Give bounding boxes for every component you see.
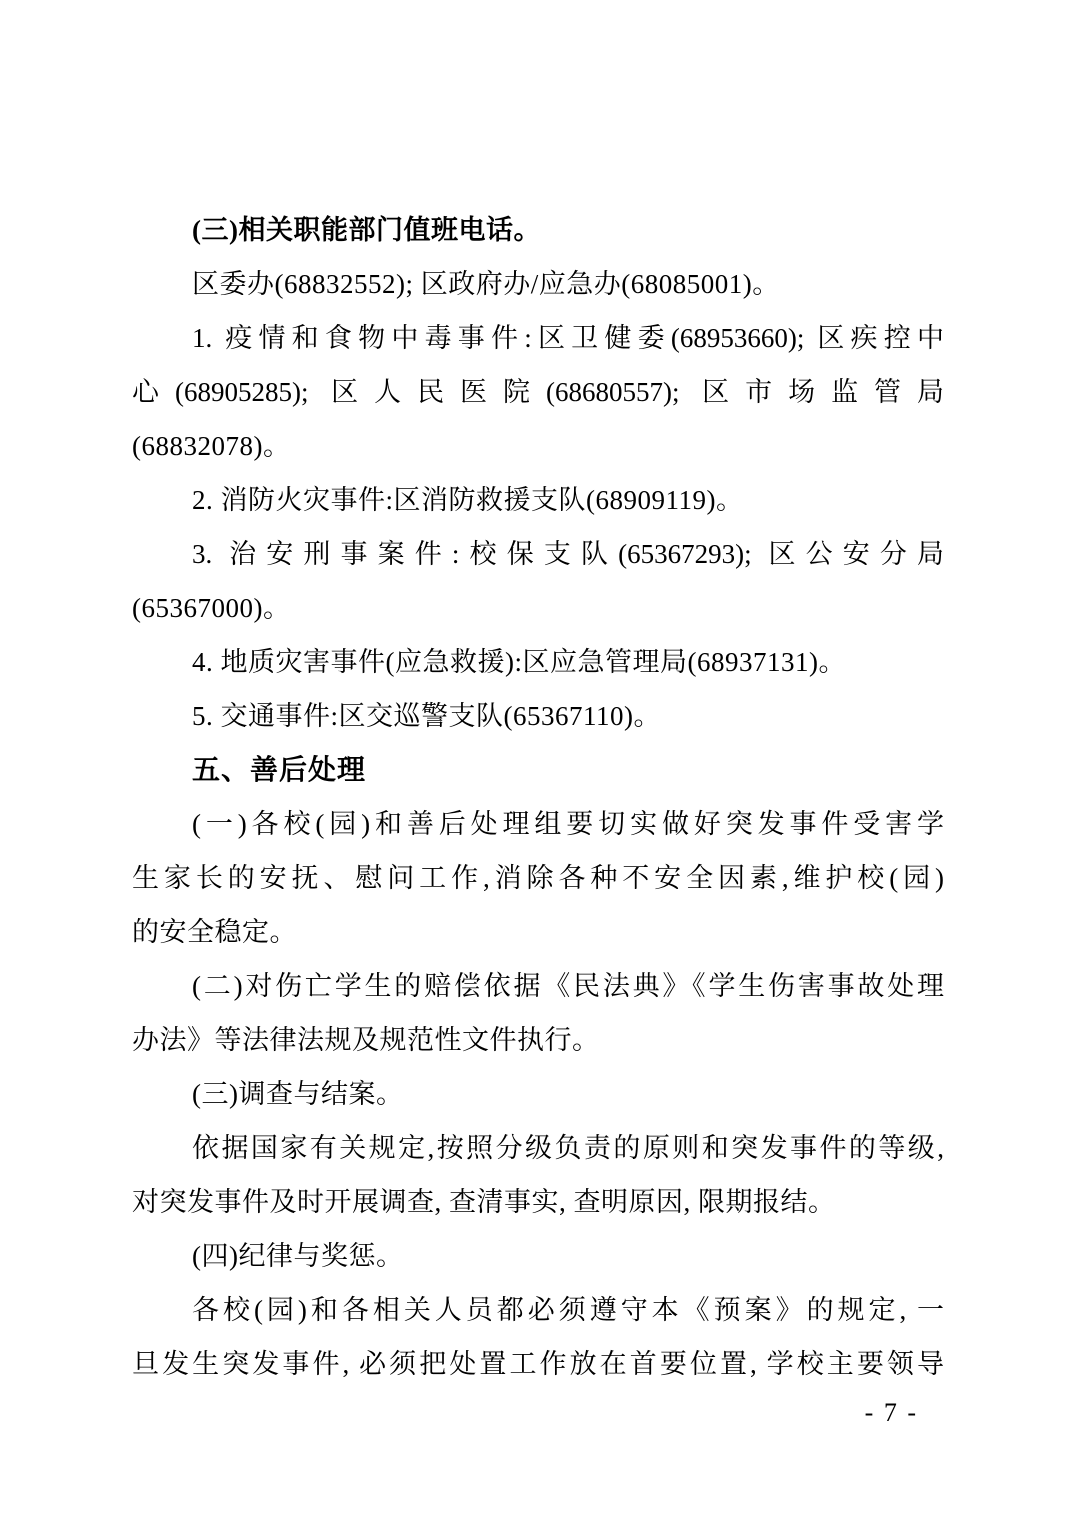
doc-line-epidemic-poisoning-3: (68832078)。	[132, 419, 944, 473]
doc-line-aftermath-item1-3: 的安全稳定。	[132, 905, 944, 959]
page-number: - 7 -	[865, 1396, 918, 1430]
document-body: (三)相关职能部门值班电话。 区委办(68832552); 区政府办/应急办(6…	[132, 203, 944, 1391]
doc-line-aftermath-item2-1: (二)对伤亡学生的赔偿依据《民法典》《学生伤害事故处理	[132, 959, 944, 1013]
doc-line-geological-events: 4. 地质灾害事件(应急救援):区应急管理局(68937131)。	[132, 635, 944, 689]
doc-line-district-office-phones: 区委办(68832552); 区政府办/应急办(68085001)。	[132, 257, 944, 311]
doc-line-discipline-2: 旦发生突发事件, 必须把处置工作放在首要位置, 学校主要领导	[132, 1337, 944, 1391]
doc-line-investigation-1: 依据国家有关规定,按照分级负责的原则和突发事件的等级,	[132, 1121, 944, 1175]
doc-line-aftermath-item3-heading: (三)调查与结案。	[132, 1067, 944, 1121]
doc-line-traffic-events: 5. 交通事件:区交巡警支队(65367110)。	[132, 689, 944, 743]
doc-line-investigation-2: 对突发事件及时开展调查, 查清事实, 查明原因, 限期报结。	[132, 1175, 944, 1229]
doc-line-epidemic-poisoning-1: 1. 疫情和食物中毒事件:区卫健委(68953660); 区疾控中	[132, 311, 944, 365]
section-heading-aftermath: 五、善后处理	[132, 743, 944, 797]
doc-line-aftermath-item1-1: (一)各校(园)和善后处理组要切实做好突发事件受害学	[132, 797, 944, 851]
doc-line-fire-events: 2. 消防火灾事件:区消防救援支队(68909119)。	[132, 473, 944, 527]
document-page: (三)相关职能部门值班电话。 区委办(68832552); 区政府办/应急办(6…	[0, 0, 1074, 1520]
doc-line-aftermath-item1-2: 生家长的安抚、慰问工作,消除各种不安全因素,维护校(园)	[132, 851, 944, 905]
subsection-heading-duty-phones: (三)相关职能部门值班电话。	[132, 203, 944, 257]
doc-line-aftermath-item2-2: 办法》等法律法规及规范性文件执行。	[132, 1013, 944, 1067]
doc-line-criminal-cases-1: 3. 治安刑事案件:校保支队(65367293); 区公安分局	[132, 527, 944, 581]
doc-line-epidemic-poisoning-2: 心(68905285); 区人民医院(68680557); 区市场监管局	[132, 365, 944, 419]
doc-line-discipline-1: 各校(园)和各相关人员都必须遵守本《预案》的规定, 一	[132, 1283, 944, 1337]
doc-line-criminal-cases-2: (65367000)。	[132, 581, 944, 635]
doc-line-aftermath-item4-heading: (四)纪律与奖惩。	[132, 1229, 944, 1283]
